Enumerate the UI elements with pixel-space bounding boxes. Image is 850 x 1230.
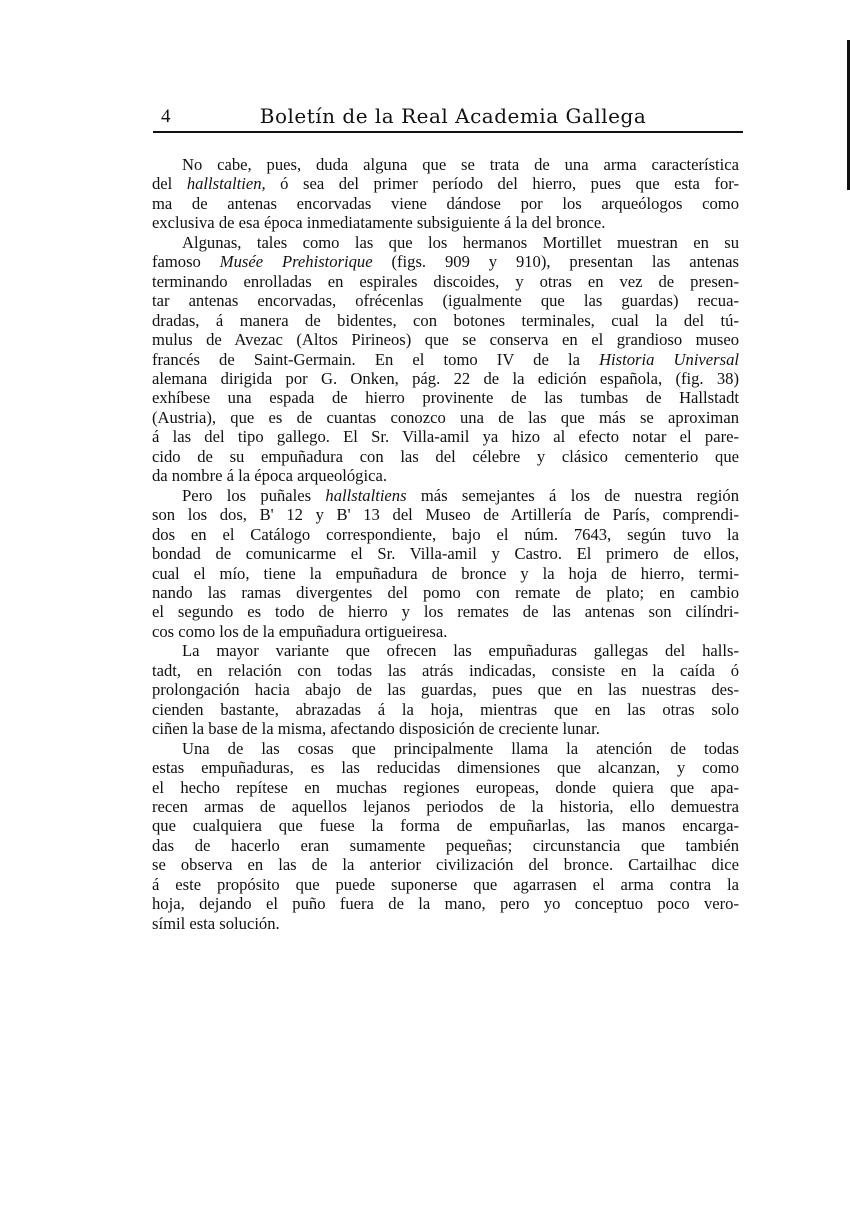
text-line: el hecho repítese en muchas regiones eur… <box>152 778 739 797</box>
header-rule <box>153 131 743 133</box>
text-line: ciñen la base de la misma, afectando dis… <box>152 719 739 738</box>
body-text: No cabe, pues, duda alguna que se trata … <box>152 155 739 933</box>
page-header: 4 Boletín de la Real Academia Gallega <box>153 104 743 132</box>
text-line: son los dos, B' 12 y B' 13 del Museo de … <box>152 505 739 524</box>
text-line: das de hacerlo eran sumamente pequeñas; … <box>152 836 739 855</box>
running-title: Boletín de la Real Academia Gallega <box>153 104 743 128</box>
paragraph: Algunas, tales como las que los hermanos… <box>152 233 739 486</box>
text-line: á este propósito que puede suponerse que… <box>152 875 739 894</box>
text-line: dradas, á manera de bidentes, con botone… <box>152 311 739 330</box>
text-line: ma de antenas encorvadas viene dándose p… <box>152 194 739 213</box>
text-line: que cualquiera que fuese la forma de emp… <box>152 816 739 835</box>
text-line: tar antenas encorvadas, ofrécenlas (igua… <box>152 291 739 310</box>
text-line: (Austria), que es de cuantas conozco una… <box>152 408 739 427</box>
text-line: cos como los de la empuñadura ortigueire… <box>152 622 739 641</box>
document-page: 4 Boletín de la Real Academia Gallega No… <box>0 0 850 1230</box>
text-line: cual el mío, tiene la empuñadura de bron… <box>152 564 739 583</box>
text-line: La mayor variante que ofrecen las empuña… <box>152 641 739 660</box>
text-line: exclusiva de esa época inmediatamente su… <box>152 213 739 232</box>
text-line: francés de Saint-Germain. En el tomo IV … <box>152 350 739 369</box>
text-line: del hallstaltien, ó sea del primer perío… <box>152 174 739 193</box>
text-line: famoso Musée Prehistorique (figs. 909 y … <box>152 252 739 271</box>
text-line: hoja, dejando el puño fuera de la mano, … <box>152 894 739 913</box>
text-line: da nombre á la época arqueológica. <box>152 466 739 485</box>
text-line: prolongación hacia abajo de las guardas,… <box>152 680 739 699</box>
text-line: Pero los puñales hallstaltiens más semej… <box>152 486 739 505</box>
italic-term: Historia Universal <box>599 350 739 369</box>
paragraph: No cabe, pues, duda alguna que se trata … <box>152 155 739 233</box>
text-line: cido de su empuñadura con las del célebr… <box>152 447 739 466</box>
text-line: tadt, en relación con todas las atrás in… <box>152 661 739 680</box>
text-line: Algunas, tales como las que los hermanos… <box>152 233 739 252</box>
text-line: exhíbese una espada de hierro provinente… <box>152 388 739 407</box>
italic-term: hallstaltien, <box>187 174 266 193</box>
text-line: mulus de Avezac (Altos Pirineos) que se … <box>152 330 739 349</box>
text-line: cienden bastante, abrazadas á la hoja, m… <box>152 700 739 719</box>
paragraph: Una de las cosas que principalmente llam… <box>152 739 739 934</box>
text-line: recen armas de aquellos lejanos periodos… <box>152 797 739 816</box>
text-line: alemana dirigida por G. Onken, pág. 22 d… <box>152 369 739 388</box>
text-line: terminando enrolladas en espirales disco… <box>152 272 739 291</box>
text-line: se observa en las de la anterior civiliz… <box>152 855 739 874</box>
text-line: el segundo es todo de hierro y los remat… <box>152 602 739 621</box>
text-line: No cabe, pues, duda alguna que se trata … <box>152 155 739 174</box>
paragraph: La mayor variante que ofrecen las empuña… <box>152 641 739 738</box>
text-line: Una de las cosas que principalmente llam… <box>152 739 739 758</box>
text-line: dos en el Catálogo correspondiente, bajo… <box>152 525 739 544</box>
italic-term: Musée Prehistorique <box>220 252 373 271</box>
paragraph: Pero los puñales hallstaltiens más semej… <box>152 486 739 642</box>
text-line: nando las ramas divergentes del pomo con… <box>152 583 739 602</box>
text-line: símil esta solución. <box>152 914 739 933</box>
text-line: bondad de comunicarme el Sr. Villa-amil … <box>152 544 739 563</box>
text-line: á las del tipo gallego. El Sr. Villa-ami… <box>152 427 739 446</box>
text-line: estas empuñaduras, es las reducidas dime… <box>152 758 739 777</box>
italic-term: hallstaltiens <box>325 486 406 505</box>
